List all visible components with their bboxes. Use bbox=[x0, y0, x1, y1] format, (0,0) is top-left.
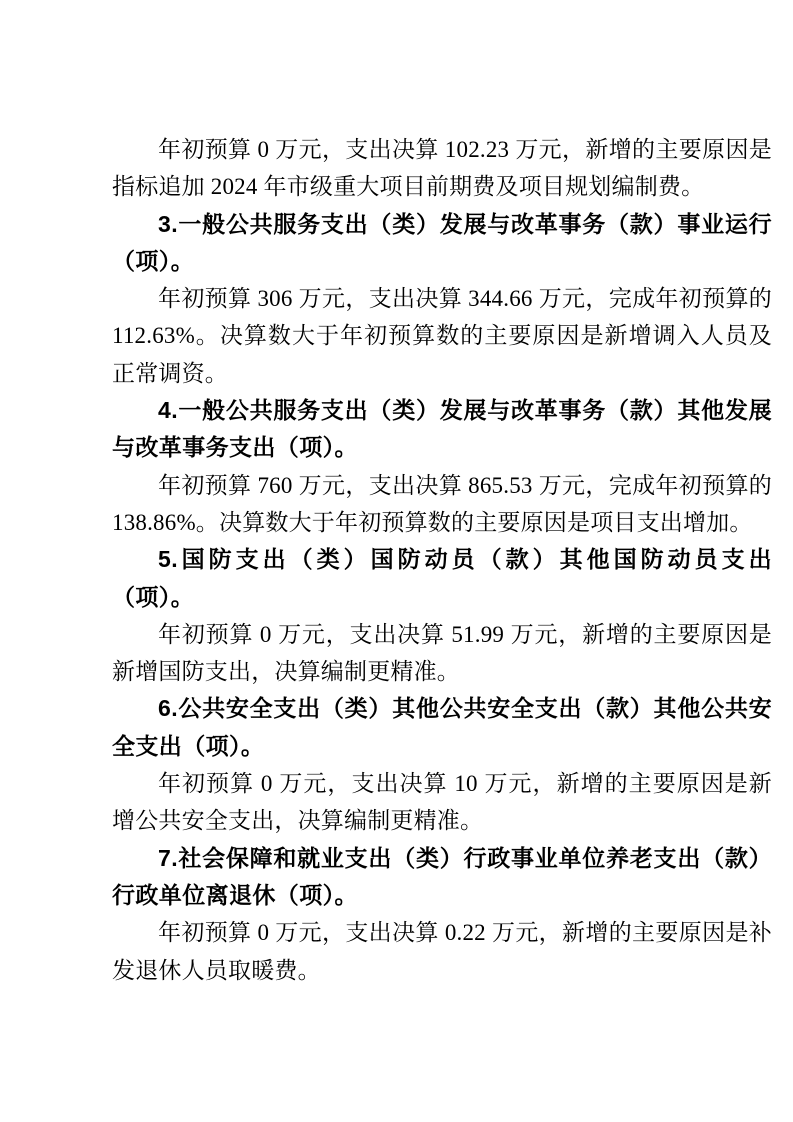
section-heading: 4.一般公共服务支出（类）发展与改革事务（款）其他发展与改革事务支出（项）。 bbox=[112, 392, 772, 467]
section-heading: 6.公共安全支出（类）其他公共安全支出（款）其他公共安全支出（项）。 bbox=[112, 690, 772, 765]
paragraph: 年初预算 0 万元，支出决算 102.23 万元，新增的主要原因是指标追加 20… bbox=[112, 131, 772, 206]
paragraph: 年初预算 0 万元，支出决算 10 万元，新增的主要原因是新增公共安全支出，决算… bbox=[112, 765, 772, 840]
paragraph: 年初预算 0 万元，支出决算 0.22 万元，新增的主要原因是补发退休人员取暖费… bbox=[112, 914, 772, 989]
section-heading: 5.国防支出（类）国防动员（款）其他国防动员支出（项）。 bbox=[112, 541, 772, 616]
document-page: 年初预算 0 万元，支出决算 102.23 万元，新增的主要原因是指标追加 20… bbox=[0, 0, 793, 1122]
section-heading: 3.一般公共服务支出（类）发展与改革事务（款）事业运行（项）。 bbox=[112, 206, 772, 281]
section-heading: 7.社会保障和就业支出（类）行政事业单位养老支出（款）行政单位离退休（项）。 bbox=[112, 840, 772, 915]
paragraph: 年初预算 0 万元，支出决算 51.99 万元，新增的主要原因是新增国防支出，决… bbox=[112, 616, 772, 691]
paragraph: 年初预算 306 万元，支出决算 344.66 万元，完成年初预算的 112.6… bbox=[112, 280, 772, 392]
paragraph: 年初预算 760 万元，支出决算 865.53 万元，完成年初预算的 138.8… bbox=[112, 467, 772, 542]
document-body: 年初预算 0 万元，支出决算 102.23 万元，新增的主要原因是指标追加 20… bbox=[112, 131, 772, 989]
